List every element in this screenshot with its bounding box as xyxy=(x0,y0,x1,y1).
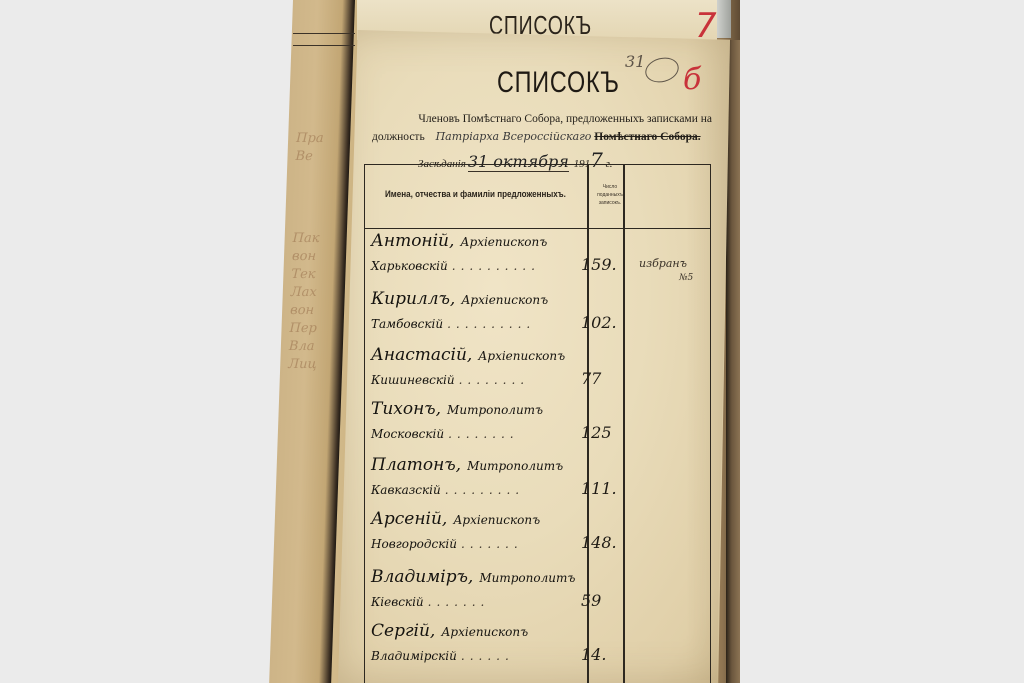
candidate-see-line: Тамбовскій.......... xyxy=(371,317,535,331)
leader-dots: ....... xyxy=(428,595,490,609)
red-pencil-mark: б xyxy=(683,62,701,97)
candidate-name: Сергій, xyxy=(371,621,435,641)
candidate-see-line: Кіевскій....... xyxy=(371,595,489,609)
candidate-see-line: Владимірскій...... xyxy=(371,649,514,663)
remark: избранъ№5 xyxy=(639,257,693,285)
subtitle-handwritten-position: Патріарха Всероссійскаго xyxy=(436,130,592,143)
candidate-see: Кавказскій xyxy=(371,483,441,497)
binder-rule-line xyxy=(293,45,355,46)
candidate-see: Московскій xyxy=(371,427,444,441)
candidate-see: Кишиневскій xyxy=(371,373,455,387)
candidate-name-line: Платонъ,Митрополитъ xyxy=(371,455,563,475)
bleed-through-text: ПаквонТекЛахвонПерВлаЛиц xyxy=(288,230,337,374)
bleed-through-text: ПраВе xyxy=(295,130,340,166)
candidate-see-line: Московскій........ xyxy=(371,427,519,441)
remark-text: избранъ xyxy=(639,257,687,270)
document-title: СПИСОКЪ xyxy=(497,66,620,100)
table-row: Тихонъ,Митрополитъ Московскій........ 12… xyxy=(371,399,701,457)
subtitle-struck-text: Помѣстнаго Собора. xyxy=(594,131,700,143)
candidate-rank: Архіепископъ xyxy=(461,293,548,307)
remark-number: №5 xyxy=(679,271,693,285)
candidate-name-line: Кириллъ,Архіепископъ xyxy=(371,289,548,309)
table-row: Антоній,Архіепископъ Харьковскій........… xyxy=(371,231,701,289)
table-header-row: Имена, отчества и фамиліи предложенныхъ.… xyxy=(365,165,710,229)
binder-rule-line xyxy=(293,33,355,34)
vote-count: 14. xyxy=(581,645,606,664)
candidate-name: Владиміръ, xyxy=(371,567,473,587)
vote-count: 125 xyxy=(581,423,612,442)
table-row: Анастасій,Архіепископъ Кишиневскій......… xyxy=(371,345,701,403)
table-row: Владиміръ,Митрополитъ Кіевскій....... 59 xyxy=(371,567,701,625)
table-row: Платонъ,Митрополитъ Кавказскій......... … xyxy=(371,455,701,513)
candidate-name: Платонъ, xyxy=(371,455,461,475)
candidate-rank: Архіепископъ xyxy=(441,625,528,639)
candidate-see: Тамбовскій xyxy=(371,317,443,331)
candidates-table: Имена, отчества и фамиліи предложенныхъ.… xyxy=(364,164,711,683)
candidate-see-line: Харьковскій.......... xyxy=(371,259,540,273)
candidate-rank: Митрополитъ xyxy=(447,403,543,417)
vote-count: 59 xyxy=(581,591,601,610)
table-row: Кириллъ,Архіепископъ Тамбовскій.........… xyxy=(371,289,701,347)
candidate-see: Харьковскій xyxy=(371,259,448,273)
candidate-see: Новгородскій xyxy=(371,537,457,551)
leader-dots: ......... xyxy=(445,483,524,497)
candidate-name: Антоній, xyxy=(371,231,454,251)
leader-dots: ........ xyxy=(448,427,519,441)
candidate-rank: Архіепископъ xyxy=(453,513,540,527)
back-page-tab xyxy=(717,0,731,38)
vote-count: 77 xyxy=(581,369,601,388)
candidate-name-line: Арсеній,Архіепископъ xyxy=(371,509,540,529)
subtitle-line-1: Членовъ Помѣстнаго Собора, предложенныхъ… xyxy=(372,111,712,128)
document-subtitle: Членовъ Помѣстнаго Собора, предложенныхъ… xyxy=(372,111,712,146)
candidate-name-line: Тихонъ,Митрополитъ xyxy=(371,399,543,419)
candidate-see-line: Кишиневскій........ xyxy=(371,373,529,387)
header-names: Имена, отчества и фамиліи предложенныхъ. xyxy=(385,189,566,200)
subtitle-printed-position: должность xyxy=(372,131,425,143)
leader-dots: ....... xyxy=(461,537,523,551)
candidate-rank: Митрополитъ xyxy=(479,571,575,585)
leader-dots: ........ xyxy=(459,373,530,387)
leader-dots: .......... xyxy=(452,259,540,273)
candidate-name-line: Сергій,Архіепископъ xyxy=(371,621,528,641)
table-row: Арсеній,Архіепископъ Новгородскій.......… xyxy=(371,509,701,567)
vote-count: 102. xyxy=(581,313,617,332)
candidate-see-line: Новгородскій....... xyxy=(371,537,523,551)
leader-dots: ...... xyxy=(461,649,514,663)
candidate-rank: Архіепископъ xyxy=(460,235,547,249)
candidate-see: Кіевскій xyxy=(371,595,424,609)
vote-count: 148. xyxy=(581,533,617,552)
candidate-name: Кириллъ, xyxy=(371,289,455,309)
corner-pencil-note: 31 xyxy=(625,52,645,71)
candidate-see: Владимірскій xyxy=(371,649,457,663)
vote-count: 111. xyxy=(581,479,617,498)
candidate-name: Тихонъ, xyxy=(371,399,441,419)
candidate-name-line: Владиміръ,Митрополитъ xyxy=(371,567,575,587)
candidate-rank: Архіепископъ xyxy=(478,349,565,363)
table-row: Сергій,Архіепископъ Владимірскій...... 1… xyxy=(371,621,701,679)
candidate-see-line: Кавказскій......... xyxy=(371,483,524,497)
candidate-name-line: Антоній,Архіепископъ xyxy=(371,231,547,251)
candidate-name: Арсеній, xyxy=(371,509,447,529)
vote-count: 159. xyxy=(581,255,617,274)
candidate-name-line: Анастасій,Архіепископъ xyxy=(371,345,565,365)
candidate-name: Анастасій, xyxy=(371,345,472,365)
leader-dots: .......... xyxy=(447,317,535,331)
header-vote-count: Число поданныхъ записокъ. xyxy=(596,183,624,207)
candidate-rank: Митрополитъ xyxy=(467,459,563,473)
